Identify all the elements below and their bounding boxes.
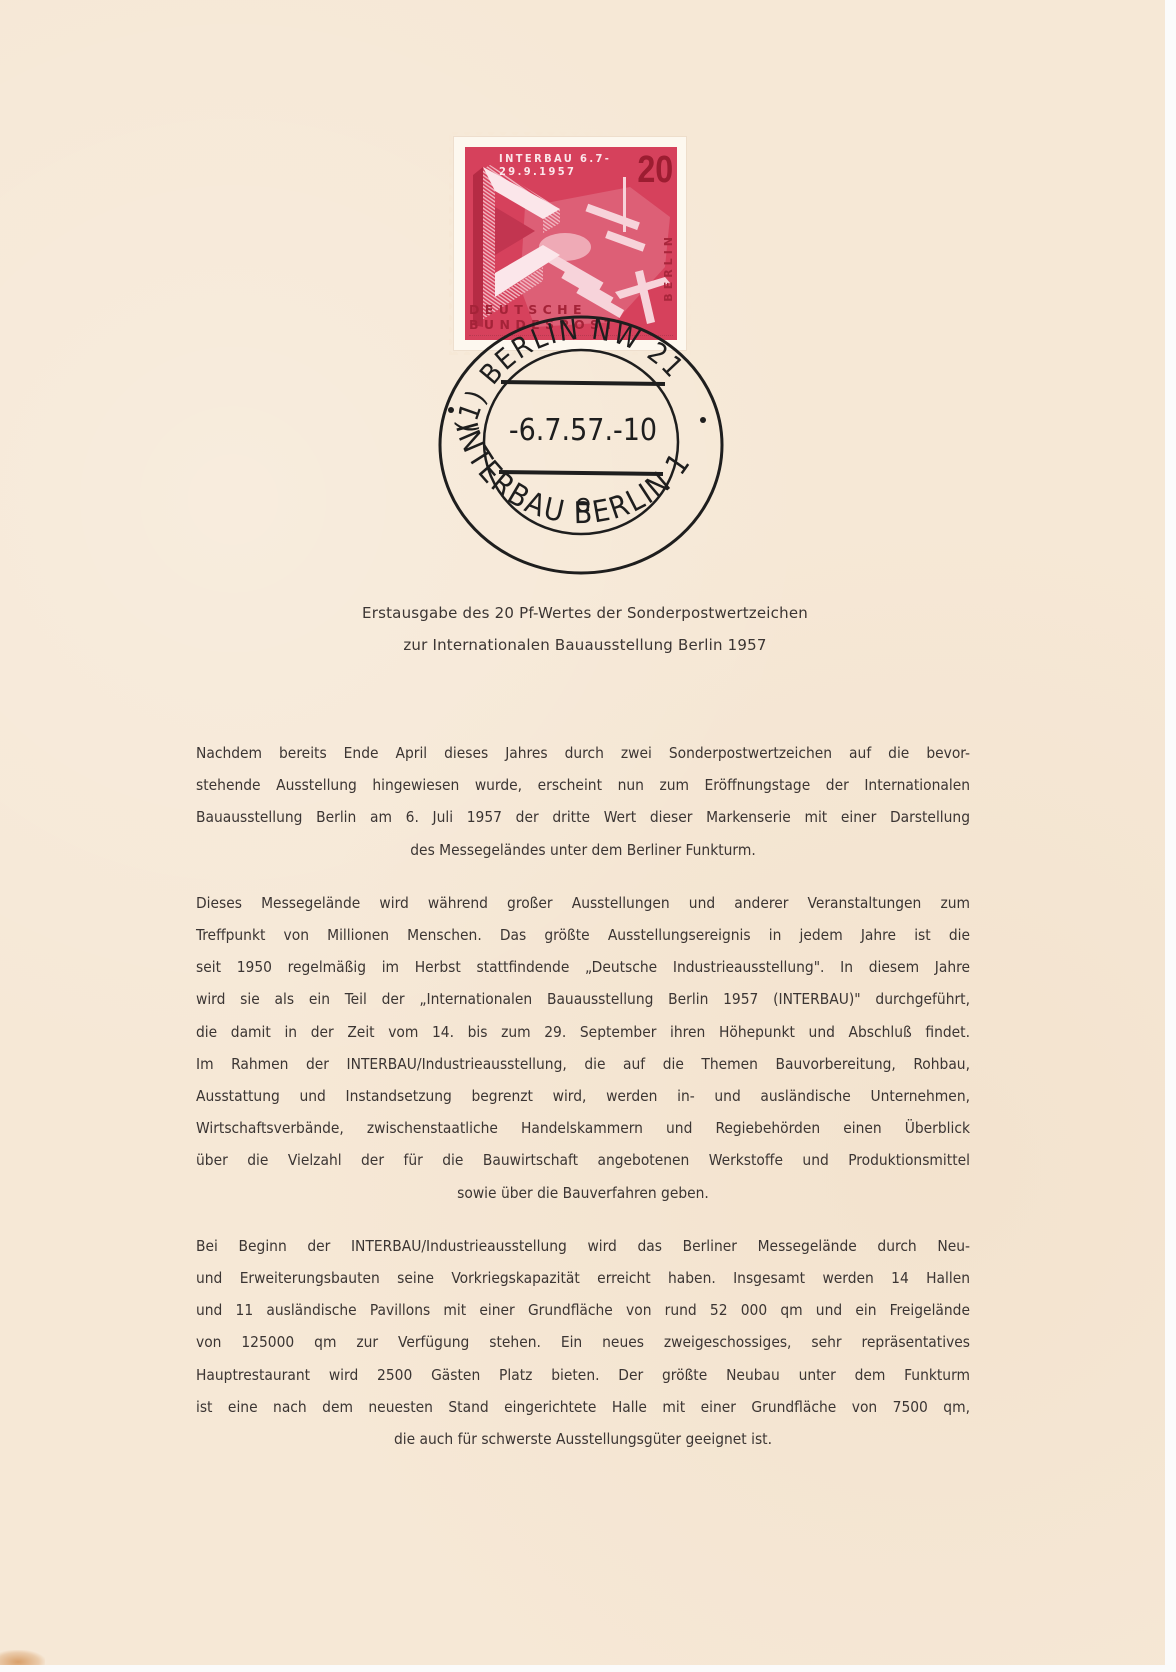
body-line: von 125000 qm zur Verfügung stehen. Ein … — [196, 1326, 970, 1358]
postmark-date: -6.7.57.-10 — [509, 413, 657, 448]
body-text: Nachdem bereits Ende April dieses Jahres… — [196, 737, 970, 1476]
body-line: Ausstattung und Instandsetzung begrenzt … — [196, 1080, 970, 1112]
postmark-cancellation: (1) BERLIN NW 21 INTERBAU BERLIN 1957 -6… — [433, 312, 729, 577]
body-line: des Messegeländes unter dem Berliner Fun… — [196, 834, 970, 866]
body-line: Nachdem bereits Ende April dieses Jahres… — [196, 737, 970, 769]
body-paragraph: Bei Beginn der INTERBAU/Industrieausstel… — [196, 1230, 970, 1455]
stamp-denomination: 20 — [637, 151, 673, 189]
body-paragraph: Nachdem bereits Ende April dieses Jahres… — [196, 737, 970, 866]
body-line: Im Rahmen der INTERBAU/Industrieausstell… — [196, 1048, 970, 1080]
stamp-side-text: BERLIN — [662, 233, 675, 302]
body-line: die auch für schwerste Ausstellungsgüter… — [196, 1423, 970, 1455]
body-line: sowie über die Bauverfahren geben. — [196, 1177, 970, 1209]
caption-line-1: Erstausgabe des 20 Pf-Wertes der Sonderp… — [250, 604, 920, 622]
body-paragraph: Dieses Messegelände wird während großer … — [196, 887, 970, 1209]
body-line: seit 1950 regelmäßig im Herbst stattfind… — [196, 951, 970, 983]
body-line: wird sie als ein Teil der „International… — [196, 983, 970, 1015]
caption-line-2: zur Internationalen Bauausstellung Berli… — [250, 636, 920, 654]
postmark-letter: e — [575, 489, 591, 519]
postmark-icon: (1) BERLIN NW 21 INTERBAU BERLIN 1957 -6… — [433, 312, 729, 577]
paper-stain — [0, 1650, 45, 1665]
body-line: Bei Beginn der INTERBAU/Industrieausstel… — [196, 1230, 970, 1262]
body-line: Wirtschaftsverbände, zwischenstaatliche … — [196, 1112, 970, 1144]
body-line: ist eine nach dem neuesten Stand eingeri… — [196, 1391, 970, 1423]
document-sheet: INTERBAU 6.7-29.9.1957 20 BERLIN DEUTSCH… — [0, 0, 1165, 1665]
body-line: über die Vielzahl der für die Bauwirtsch… — [196, 1144, 970, 1176]
body-line: Treffpunkt von Millionen Menschen. Das g… — [196, 919, 970, 951]
body-line: Bauausstellung Berlin am 6. Juli 1957 de… — [196, 801, 970, 833]
body-line: stehende Ausstellung hingewiesen wurde, … — [196, 769, 970, 801]
body-line: und Erweiterungsbauten seine Vorkriegska… — [196, 1262, 970, 1294]
body-line: Dieses Messegelände wird während großer … — [196, 887, 970, 919]
body-line: Hauptrestaurant wird 2500 Gästen Platz b… — [196, 1359, 970, 1391]
body-line: und 11 ausländische Pavillons mit einer … — [196, 1294, 970, 1326]
body-line: die damit in der Zeit vom 14. bis zum 29… — [196, 1016, 970, 1048]
